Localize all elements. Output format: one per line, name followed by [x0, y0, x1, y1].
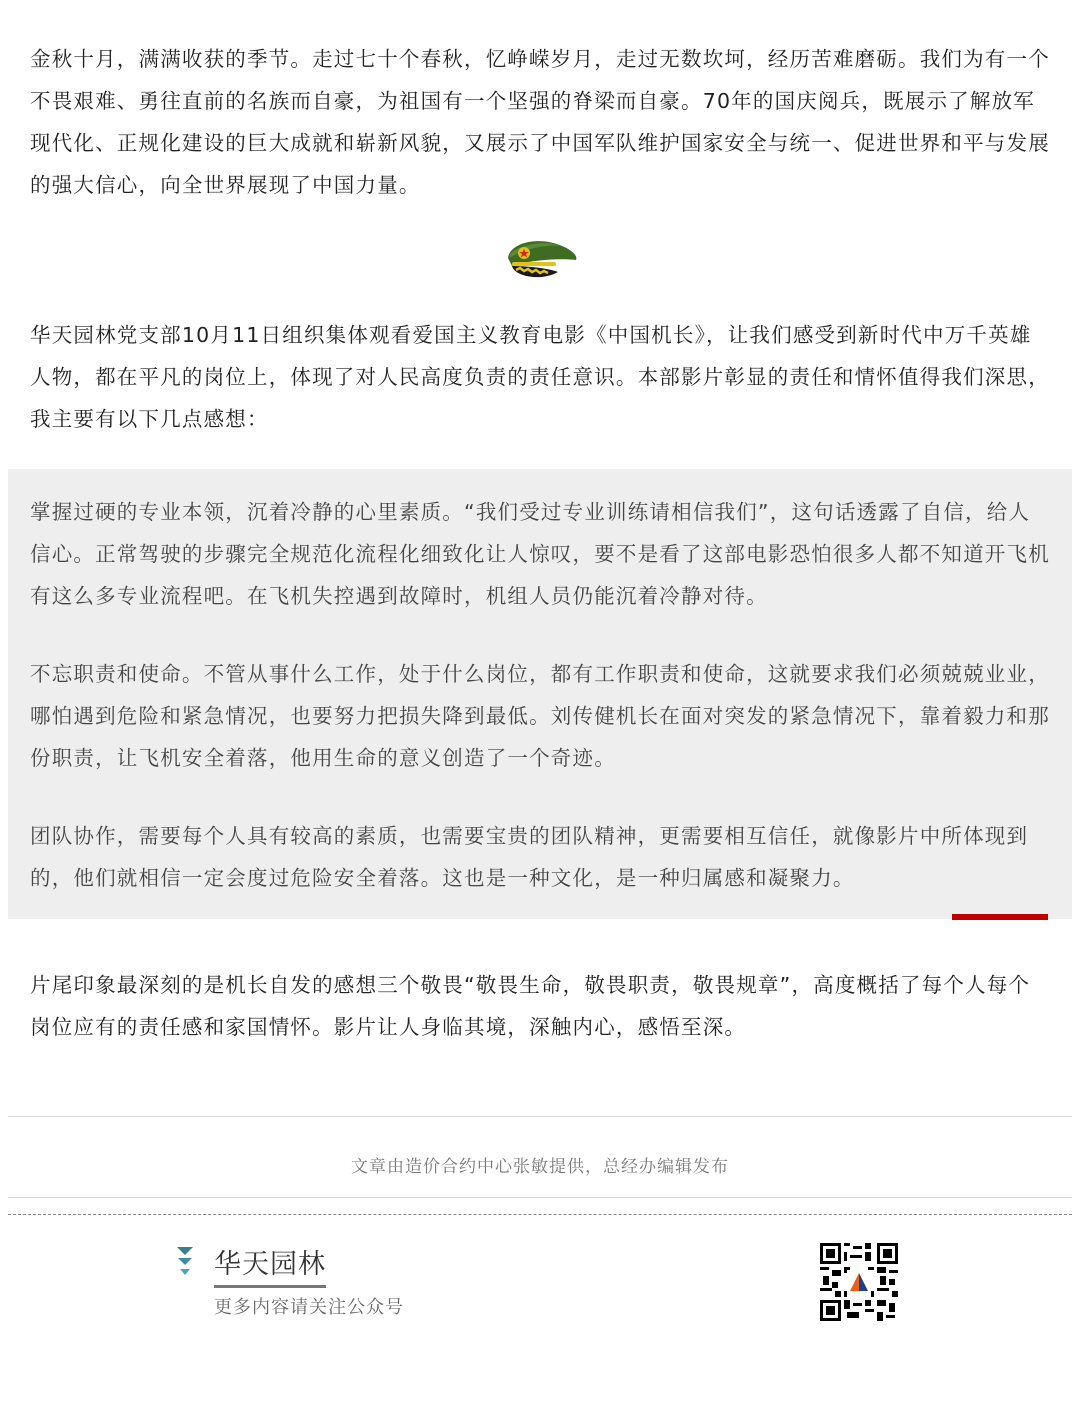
quote-block: 掌握过硬的专业本领，沉着冷静的心里素质。“我们受过专业训练请相信我们”，这句话透… [8, 469, 1072, 919]
qr-code-icon [820, 1243, 898, 1321]
chevrons-down-icon [175, 1245, 195, 1279]
intro-paragraph: 金秋十月，满满收获的季节。走过七十个春秋，忆峥嵘岁月，走过无数坎坷，经历苦难磨砺… [30, 38, 1050, 206]
quote-paragraph: 掌握过硬的专业本领，沉着冷静的心里素质。“我们受过专业训练请相信我们”，这句话透… [30, 491, 1050, 617]
brand-subtitle: 更多内容请关注公众号 [214, 1293, 404, 1319]
dashed-divider [8, 1214, 1072, 1215]
credit-text: 文章由造价合约中心张敏提供，总经办编辑发布 [0, 1152, 1080, 1177]
military-cap-icon [500, 232, 580, 284]
accent-bar [952, 914, 1048, 920]
brand-name[interactable]: 华天园林 [214, 1242, 326, 1288]
quote-paragraph: 不忘职责和使命。不管从事什么工作，处于什么岗位，都有工作职责和使命，这就要求我们… [30, 653, 1050, 779]
quote-paragraph: 团队协作，需要每个人具有较高的素质，也需要宝贵的团队精神，更需要相互信任，就像影… [30, 815, 1050, 899]
divider [8, 1116, 1072, 1117]
closing-paragraph: 片尾印象最深刻的是机长自发的感想三个敬畏“敬畏生命，敬畏职责，敬畏规章”，高度概… [30, 964, 1050, 1048]
lead-paragraph: 华天园林党支部10月11日组织集体观看爱国主义教育电影《中国机长》，让我们感受到… [30, 314, 1050, 440]
divider [8, 1197, 1072, 1198]
